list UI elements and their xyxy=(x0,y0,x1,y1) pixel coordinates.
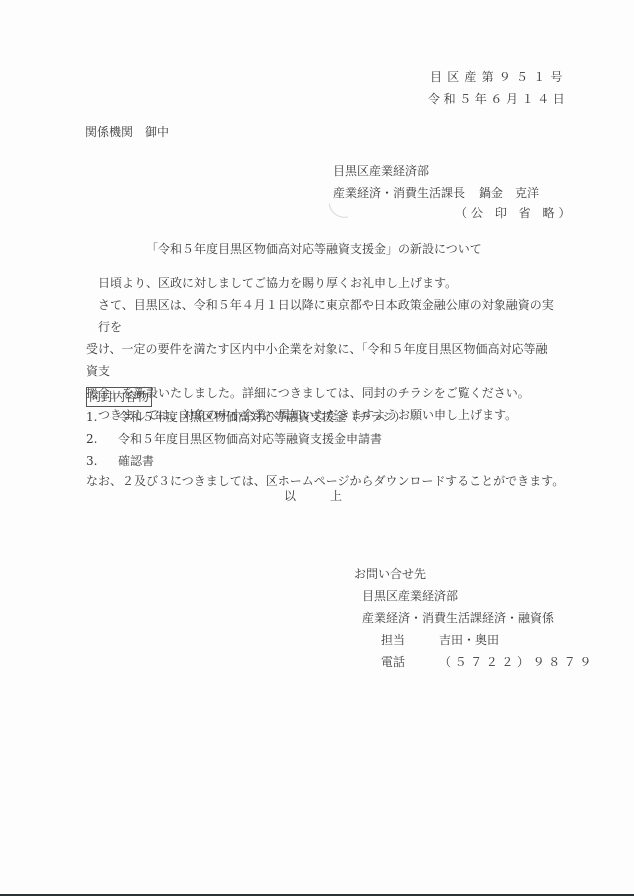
contact-phone-label: 電話 xyxy=(381,651,439,673)
closing-right: 上 xyxy=(330,489,342,503)
enclosure-number: 3. xyxy=(86,450,118,472)
contact-heading: お問い合せ先 xyxy=(354,563,595,585)
contact-department: 目黒区産業経済部 xyxy=(354,585,595,607)
enclosure-text: 令和５年度目黒区物価高対応等融資支援金申請書 xyxy=(118,432,382,446)
body-line: さて、目黒区は、令和５年４月１日以降に東京都や日本政策金融公庫の対象融資の実行を xyxy=(86,294,558,338)
contact-person-value: 吉田・奥田 xyxy=(439,633,499,647)
enclosures-label: 同封内容物 xyxy=(86,387,152,407)
addressee: 関係機関御中 xyxy=(85,123,169,140)
addressee-honorific: 御中 xyxy=(145,125,169,139)
enclosure-text: 確認書 xyxy=(118,454,154,468)
document-subject: 「令和５年度目黒区物価高対応等融資支援金」の新設について xyxy=(146,240,482,257)
enclosures-list: 1.令和５年度目黒区物価高対応等融資支援金（チラシ） 2.令和５年度目黒区物価高… xyxy=(86,406,406,472)
contact-person: 担当吉田・奥田 xyxy=(354,629,595,651)
enclosure-number: 1. xyxy=(86,406,118,428)
contact-phone: 電話（５７２２）９８７９ xyxy=(354,651,595,673)
contact-section: 産業経済・消費生活課経済・融資係 xyxy=(354,607,595,629)
body-line: 日頃より、区政に対しましてご協力を賜り厚くお礼申し上げます。 xyxy=(86,272,558,294)
enclosure-item: 1.令和５年度目黒区物価高対応等融資支援金（チラシ） xyxy=(86,406,406,428)
scan-artifact xyxy=(329,201,349,221)
sender-name: 鍋金 克洋 xyxy=(479,186,539,200)
sender-department: 目黒区産業経済部 xyxy=(333,162,429,179)
addressee-name: 関係機関 xyxy=(85,125,133,139)
body-line: 受け、一定の要件を満たす区内中小企業を対象に、「令和５年度目黒区物価高対応等融資… xyxy=(86,338,558,382)
document-page: 目区産第９５１号 令和５年６月１４日 関係機関御中 目黒区産業経済部 産業経済・… xyxy=(0,0,634,894)
contact-person-label: 担当 xyxy=(381,629,439,651)
document-number: 目区産第９５１号 xyxy=(430,68,568,85)
enclosure-text: 令和５年度目黒区物価高対応等融資支援金（チラシ） xyxy=(118,410,406,424)
enclosure-item: 2.令和５年度目黒区物価高対応等融資支援金申請書 xyxy=(86,428,406,450)
contact-phone-value: （５７２２）９８７９ xyxy=(439,655,595,669)
sender-title-line: 産業経済・消費生活課長鍋金 克洋 xyxy=(333,184,539,201)
body-line: 援金」を新設いたしました。詳細につきましては、同封のチラシをご覧ください。 xyxy=(86,382,558,404)
contact-block: お問い合せ先 目黒区産業経済部 産業経済・消費生活課経済・融資係 担当吉田・奥田… xyxy=(354,563,595,673)
closing-left: 以 xyxy=(284,489,296,503)
closing-mark: 以上 xyxy=(284,487,342,504)
seal-omitted-note: （公 印 省 略） xyxy=(455,204,574,221)
sender-title: 産業経済・消費生活課長 xyxy=(333,186,465,200)
document-date: 令和５年６月１４日 xyxy=(428,90,568,107)
enclosure-number: 2. xyxy=(86,428,118,450)
enclosure-item: 3.確認書 xyxy=(86,450,406,472)
body-text: 日頃より、区政に対しましてご協力を賜り厚くお礼申し上げます。 さて、目黒区は、令… xyxy=(86,272,558,426)
